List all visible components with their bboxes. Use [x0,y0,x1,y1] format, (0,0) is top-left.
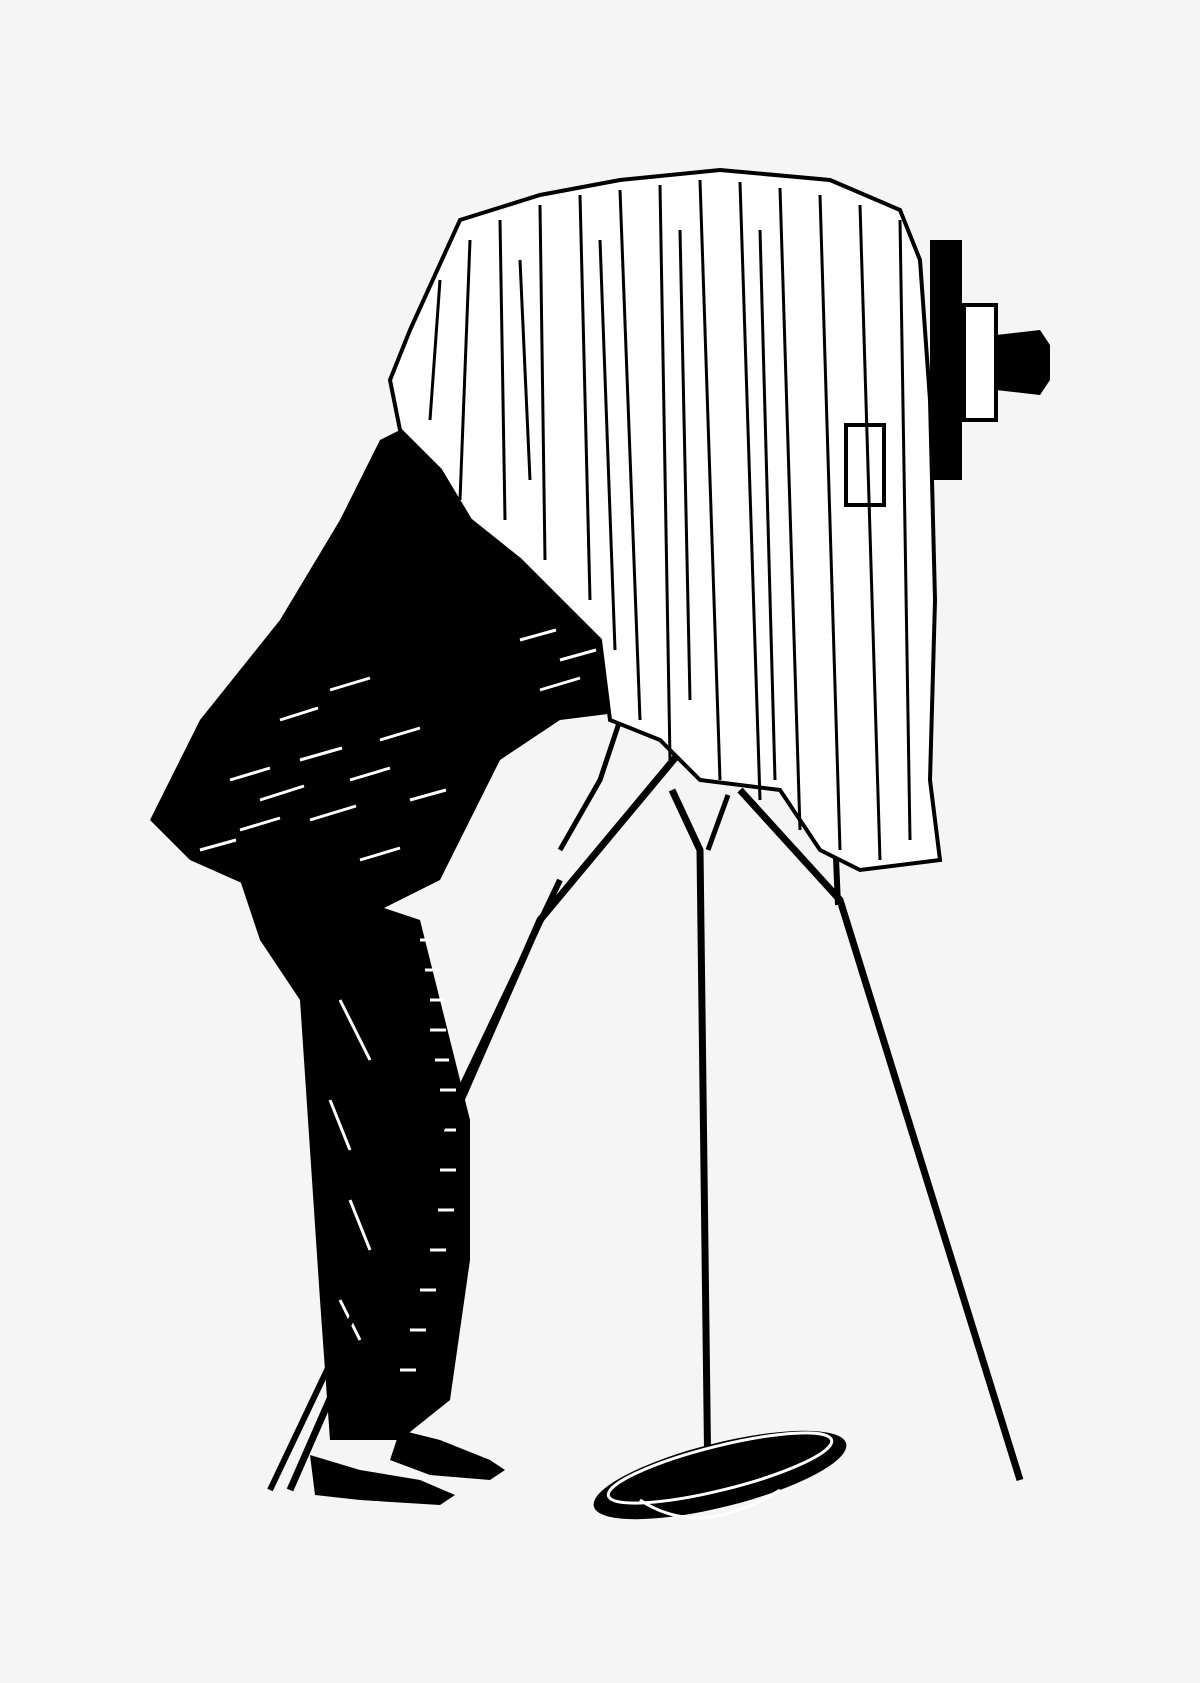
photographer-illustration [0,0,1200,1683]
illustration-canvas [0,0,1200,1683]
